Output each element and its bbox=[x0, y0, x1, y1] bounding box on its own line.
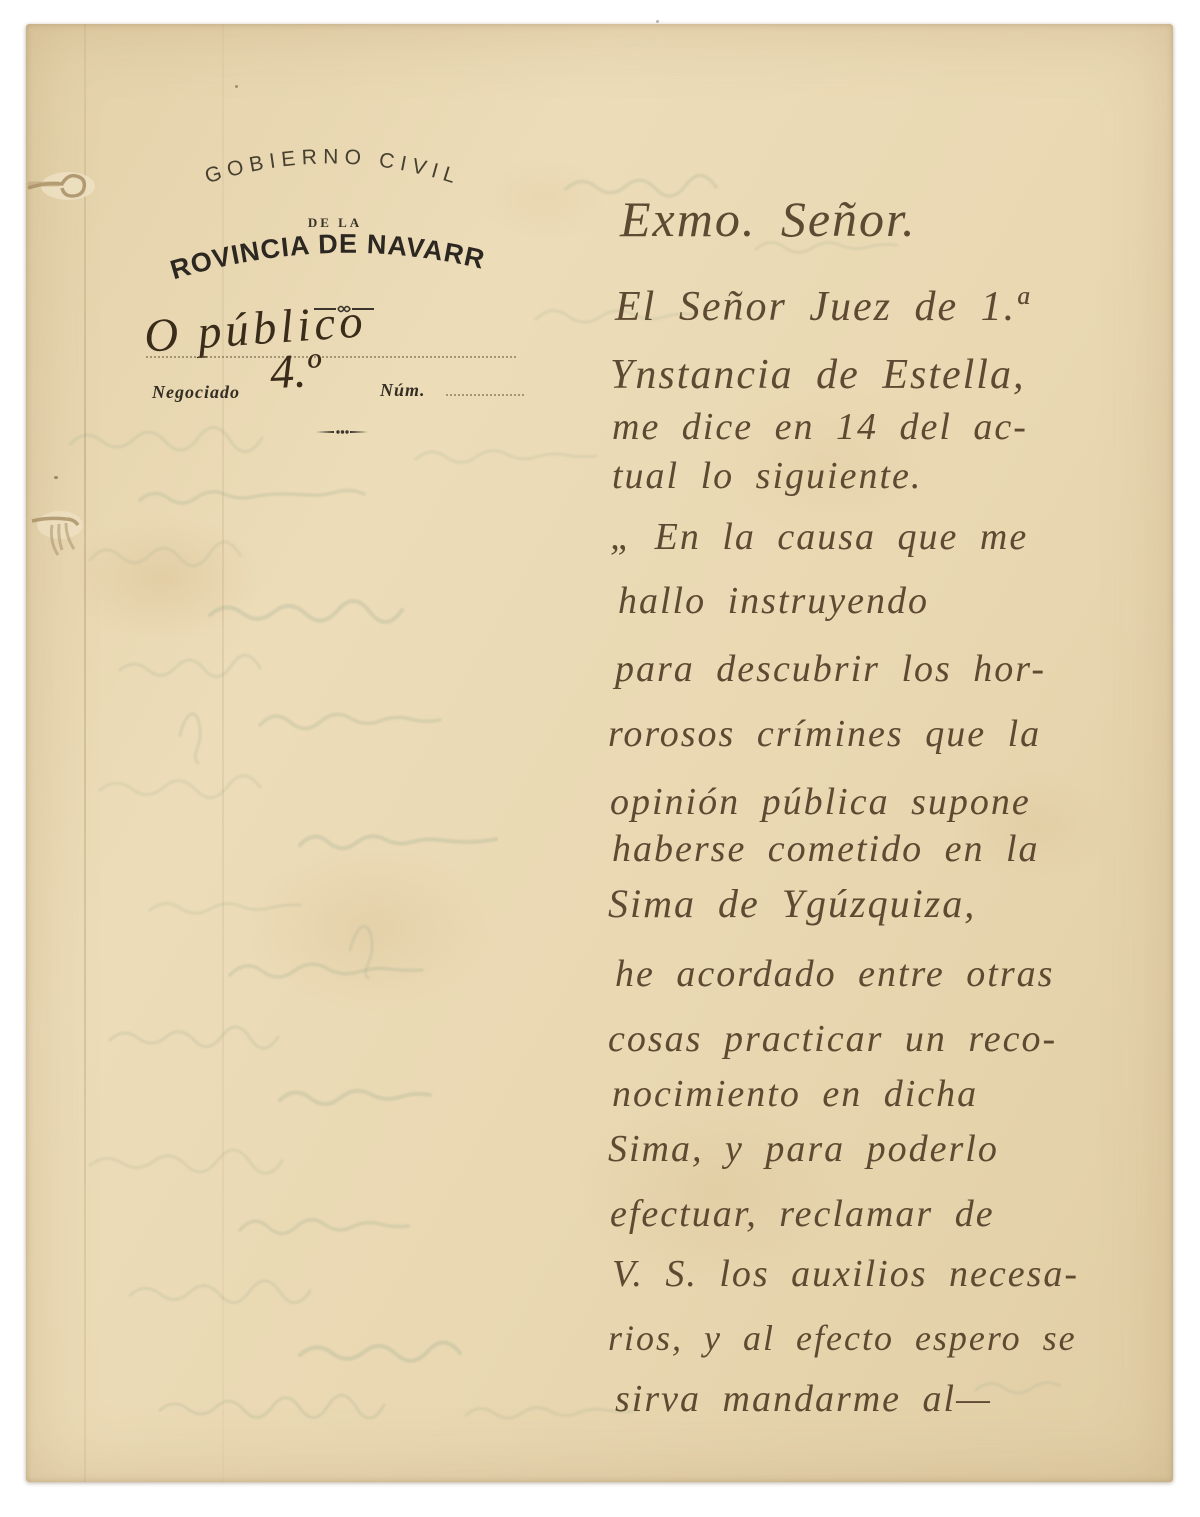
handwritten-line-17: efectuar, reclamar de bbox=[610, 1195, 995, 1235]
dotted-rule-section bbox=[146, 356, 516, 358]
handwritten-line-11: haberse cometido en la bbox=[612, 830, 1040, 870]
handwritten-line-9: rorosos crímines que la bbox=[608, 715, 1041, 755]
num-label: Núm. bbox=[380, 380, 426, 401]
handwritten-line-8: para descubrir los hor- bbox=[615, 650, 1046, 690]
letterhead-gobierno-civil: GOBIERNO CIVIL bbox=[202, 145, 464, 189]
handwritten-line-2: El Señor Juez de 1.ª bbox=[615, 285, 1030, 329]
handwritten-line-10: opinión pública supone bbox=[610, 783, 1031, 823]
handwritten-line-14: cosas practicar un reco- bbox=[608, 1020, 1057, 1060]
ornament-dash-dots-icon bbox=[314, 426, 370, 438]
letterhead-arched-text: GOBIERNO CIVIL DE LA PROVINCIA DE NAVARR… bbox=[163, 132, 503, 307]
letterhead-de-la: DE LA bbox=[308, 215, 362, 230]
handwritten-line-19: rios, y al efecto espero se bbox=[608, 1320, 1077, 1358]
paper-speck bbox=[54, 476, 58, 479]
handwritten-line-5: tual lo siguiente. bbox=[612, 457, 922, 497]
scanner-dust-speck bbox=[656, 20, 659, 23]
letterhead-provincia-navarra: PROVINCIA DE NAVARRA. bbox=[153, 108, 488, 285]
handwritten-line-13: he acordado entre otras bbox=[615, 955, 1054, 995]
binding-hole-top bbox=[20, 154, 112, 216]
binding-hole-bottom bbox=[28, 495, 100, 583]
dotted-rule-num bbox=[446, 394, 524, 396]
handwritten-line-20: sirva mandarme al— bbox=[615, 1380, 992, 1420]
paper-crease-left bbox=[84, 24, 86, 1482]
handwritten-line-1: Exmo. Señor. bbox=[620, 193, 916, 246]
handwritten-line-7: hallo instruyendo bbox=[618, 582, 929, 622]
handwritten-line-4: me dice en 14 del ac- bbox=[612, 408, 1028, 448]
handwritten-line-18: V. S. los auxilios necesa- bbox=[612, 1255, 1079, 1295]
handwritten-line-15: nocimiento en dicha bbox=[612, 1075, 978, 1115]
handwritten-line-6: „ En la causa que me bbox=[610, 518, 1028, 558]
handwritten-line-12: Sima de Ygúzquiza, bbox=[608, 883, 976, 925]
paper-speck bbox=[235, 85, 238, 88]
handwritten-line-16: Sima, y para poderlo bbox=[608, 1130, 999, 1170]
document-page: GOBIERNO CIVIL DE LA PROVINCIA DE NAVARR… bbox=[26, 24, 1173, 1482]
negociado-number-handwritten: 4.º bbox=[269, 343, 323, 401]
handwritten-line-3: Ynstancia de Estella, bbox=[610, 353, 1025, 397]
negociado-label: Negociado bbox=[152, 382, 240, 403]
